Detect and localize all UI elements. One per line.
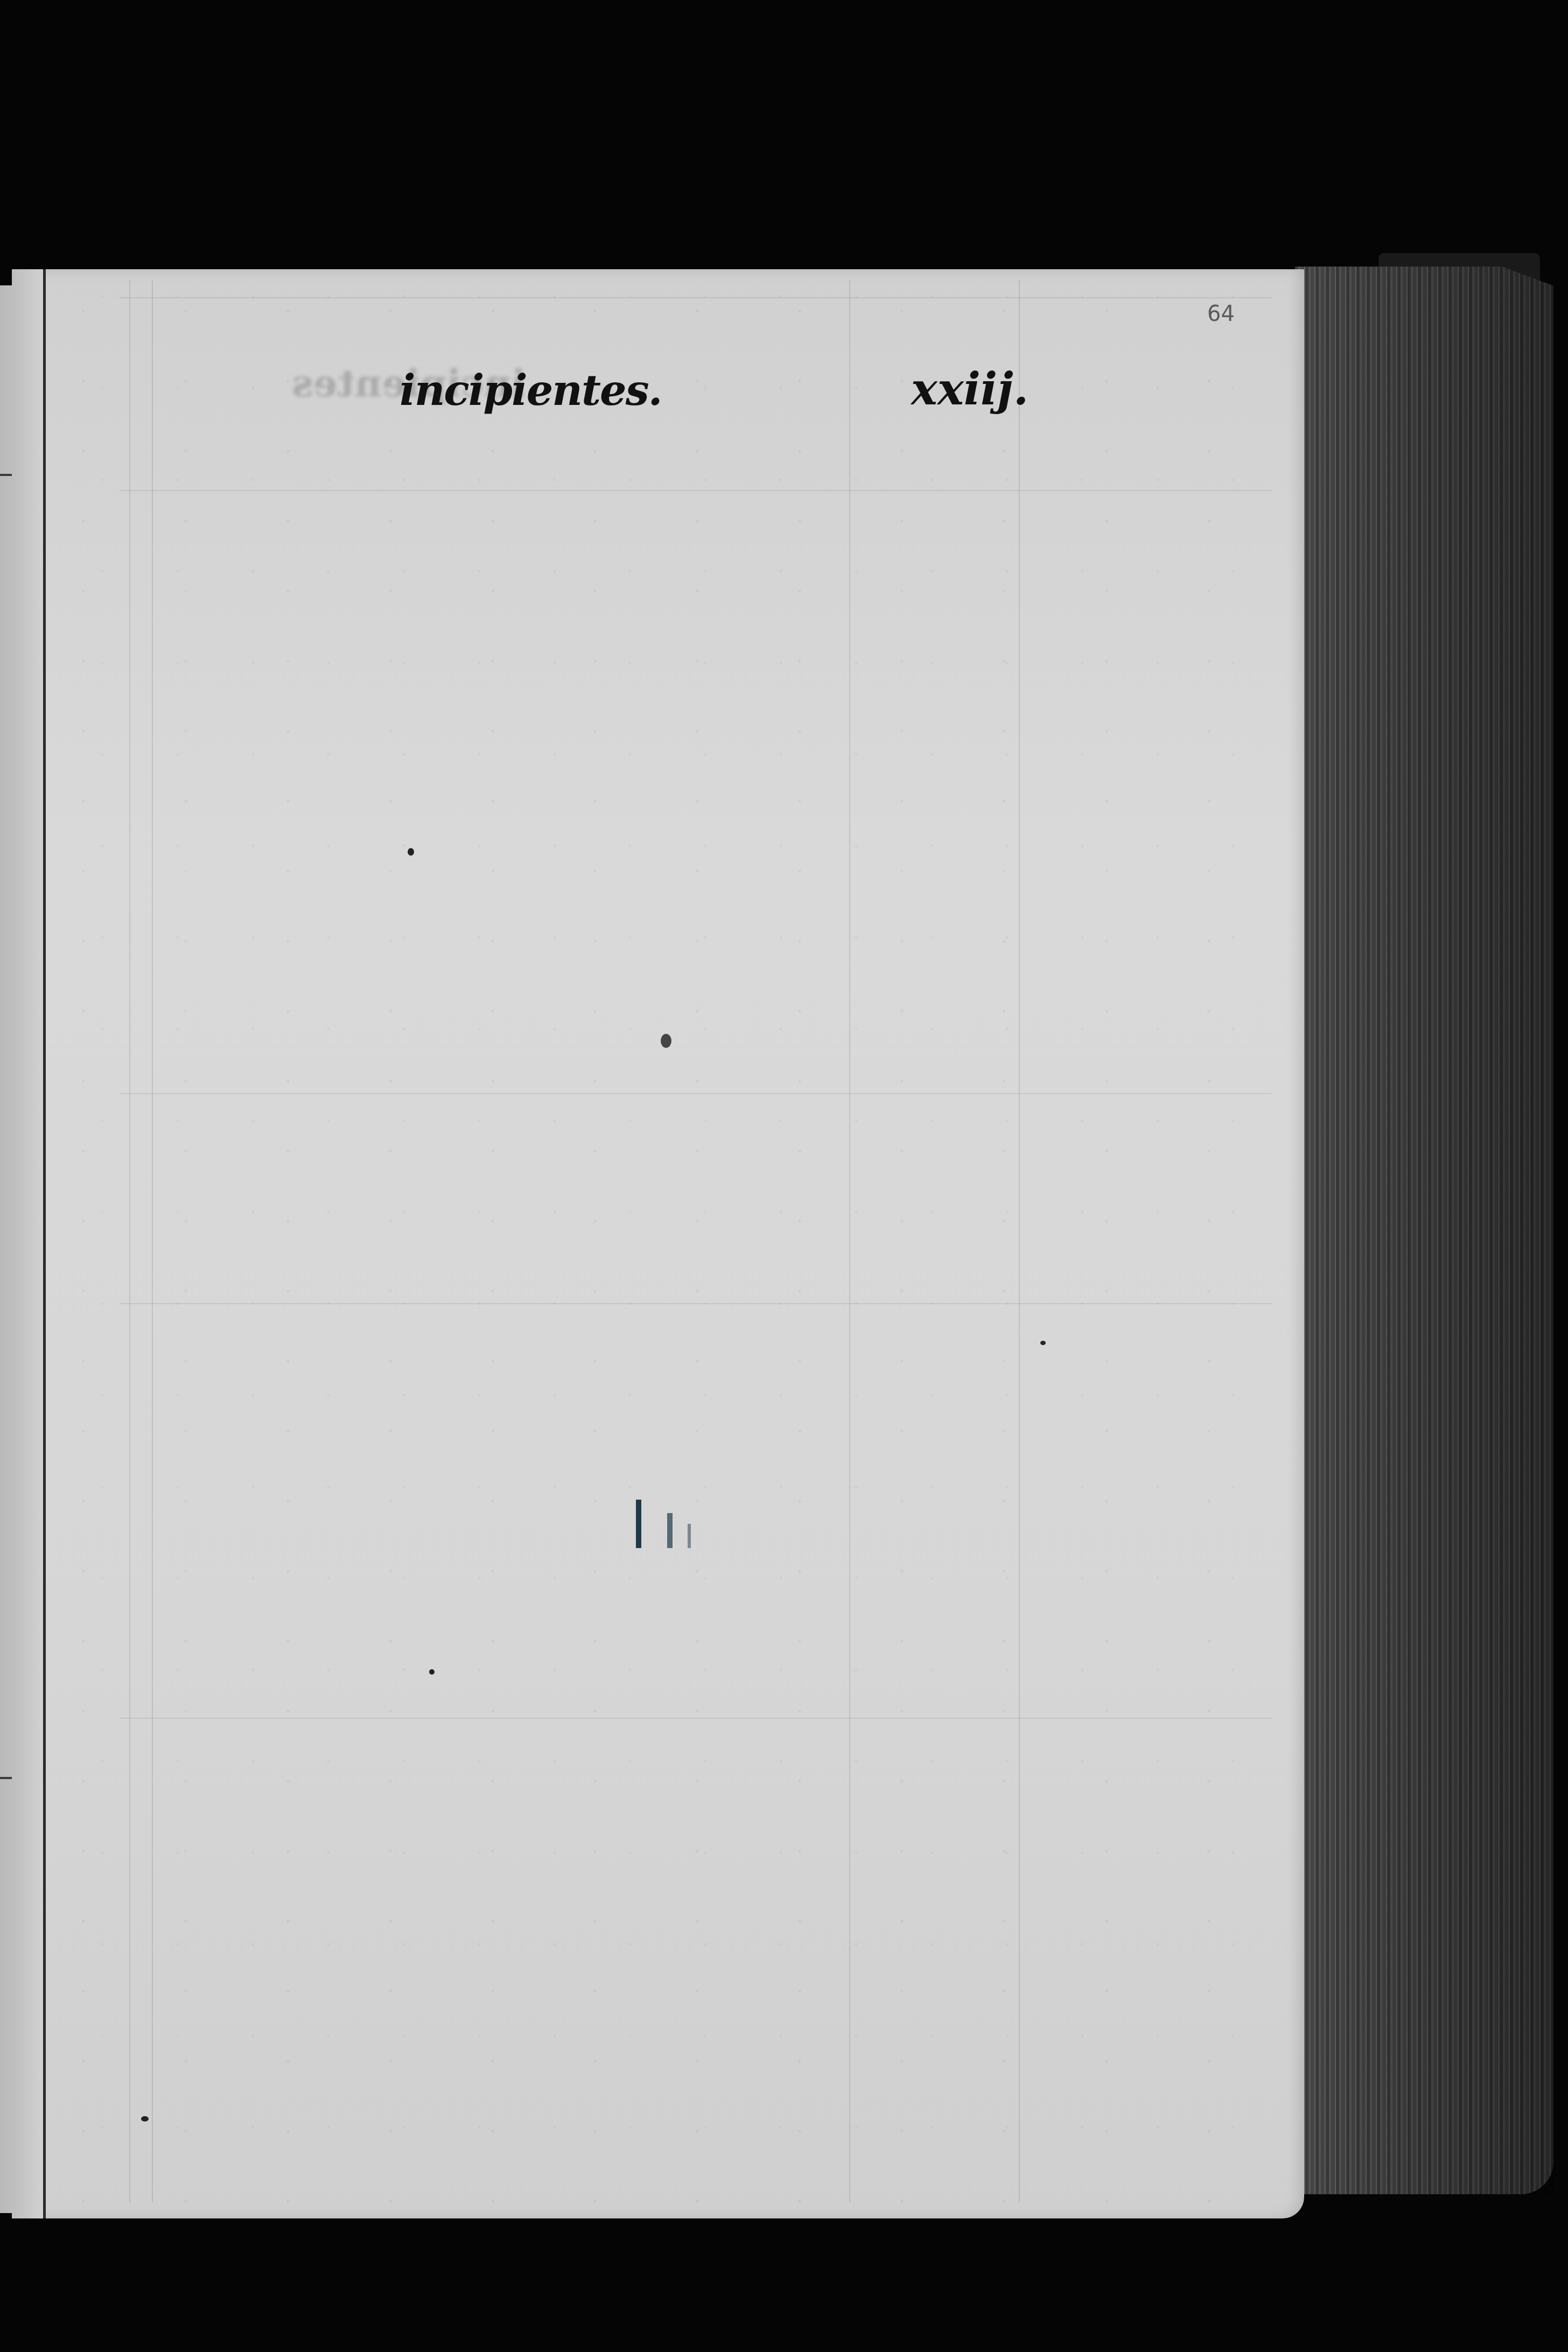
ink-stroke (667, 1513, 673, 1548)
foliation-number: xxiij. (911, 363, 1028, 415)
ruling-line-horizontal (120, 297, 1272, 298)
ink-spot (408, 848, 414, 856)
ruling-line-horizontal (120, 1718, 1272, 1719)
text-block-fore-edge (1295, 267, 1553, 2194)
running-head: incipientes. (400, 366, 662, 415)
manuscript-photo: incipientes incipientes. xxiij. 64 (0, 0, 1568, 2352)
ink-stroke (688, 1524, 691, 1548)
ink-stroke (636, 1500, 641, 1548)
ruling-line-horizontal (120, 1303, 1272, 1304)
ruling-line-vertical (1019, 280, 1020, 2202)
gutter-shadow (12, 269, 44, 2218)
ink-spot (1040, 1341, 1046, 1345)
ruling-line-vertical (849, 280, 850, 2202)
pencil-folio-number: 64 (1207, 302, 1235, 326)
ink-spot (141, 2116, 149, 2122)
manuscript-page: incipientes incipientes. xxiij. 64 (12, 269, 1304, 2218)
gutter-line (43, 269, 46, 2218)
ruling-line-horizontal (120, 490, 1272, 491)
ink-spot (661, 1034, 671, 1048)
blue-ink-trace (634, 1489, 698, 1548)
ruling-line-horizontal (120, 1093, 1272, 1094)
ink-spot (429, 1669, 435, 1675)
ruling-line-vertical (129, 280, 130, 2202)
ruling-line-vertical (152, 280, 153, 2202)
